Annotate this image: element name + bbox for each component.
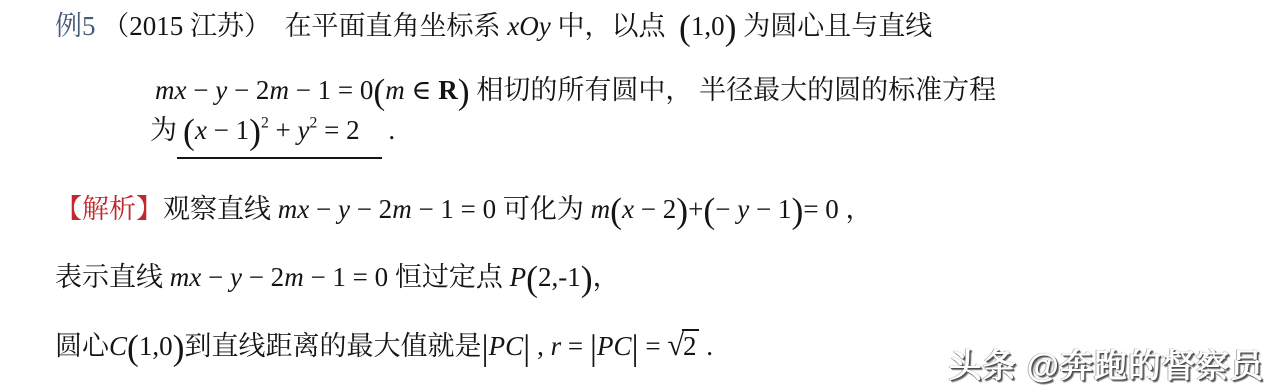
analysis-text: 到直线距离的最大值就是 [185, 331, 482, 361]
reals-symbol: R [438, 75, 458, 105]
analysis-line-2: 表示直线 mx − y − 2m − 1 = 0 恒过定点 P(2,-1)， [55, 259, 620, 297]
analysis-text: 表示直线 [55, 262, 170, 292]
right-paren: ) [249, 111, 261, 151]
math-var: r [551, 331, 562, 361]
problem-line-2: mx − y − 2m − 1 = 0(m ∈ R) 相切的所有圆中， 半径最大… [155, 72, 996, 110]
math-op: − 2 [227, 75, 269, 105]
analysis-label: 【解析】 [55, 194, 163, 224]
answer-blank: (x − 1)2 + y2 = 2 [177, 112, 382, 159]
math-op: − 2 [242, 262, 284, 292]
math-var: y [230, 262, 242, 292]
right-paren: ) [676, 190, 688, 230]
math-op: + [269, 115, 298, 145]
answer-prefix: 为 [150, 115, 177, 145]
abs-bar: | [631, 327, 638, 367]
math-op: − 1 = 0 [289, 75, 373, 105]
point-name: C [109, 331, 127, 361]
math-var: m [591, 194, 611, 224]
math-var: y [737, 194, 749, 224]
math-var: x [622, 194, 634, 224]
left-paren: ( [610, 190, 622, 230]
exponent: 2 [261, 114, 269, 131]
math-var: y [215, 75, 227, 105]
problem-text: 中，以点 [551, 11, 679, 41]
math-op: − [201, 262, 230, 292]
problem-text: 为圆心且与直线 [736, 11, 932, 41]
left-paren: ( [526, 258, 538, 298]
math-var: y [338, 194, 350, 224]
segment-name: PC [597, 331, 632, 361]
example-number: 例5 [55, 11, 96, 41]
analysis-text: 恒过定点 [395, 262, 510, 292]
analysis-line-1: 【解析】观察直线 mx − y − 2m − 1 = 0 可化为 m(x − 2… [55, 191, 873, 229]
math-op: − 2 [634, 194, 676, 224]
math-op: − 2 [350, 194, 392, 224]
math-var: x [195, 115, 207, 145]
analysis-line-3: 圆心C(1,0)到直线距离的最大值就是|PC| , r = |PC| = √2 … [55, 325, 713, 366]
left-paren: ( [703, 190, 715, 230]
math-var: m [269, 75, 289, 105]
problem-line-1: 例5 （2015 江苏） 在平面直角坐标系 xOy 中，以点 (1,0) 为圆心… [55, 8, 932, 46]
comma: ， [593, 262, 620, 292]
period: . [382, 115, 396, 145]
math-op: = [639, 331, 668, 361]
watermark-badge: 头条 @奔跑的督察员 [949, 340, 1264, 387]
math-op: + [688, 194, 703, 224]
right-paren: ) [458, 71, 470, 111]
math-xoy: xOy [507, 11, 550, 41]
math-var: mx [170, 262, 201, 292]
segment-name: PC [489, 331, 524, 361]
problem-text: 相切的所有圆中， 半径最大的圆的标准方程 [470, 75, 997, 105]
sqrt-2: √2 [667, 325, 699, 366]
radicand: 2 [682, 329, 700, 362]
math-op: − [715, 194, 737, 224]
left-paren: ( [679, 7, 691, 47]
right-paren: ) [581, 258, 593, 298]
analysis-text: 观察直线 [163, 194, 278, 224]
analysis-text: 可化为 [503, 194, 591, 224]
math-var: m [385, 75, 405, 105]
math-op: − 1 [207, 115, 249, 145]
math-var: m [284, 262, 304, 292]
point-name: P [510, 262, 527, 292]
math-op: = 2 [317, 115, 359, 145]
problem-answer-line: 为(x − 1)2 + y2 = 2 . [150, 112, 395, 159]
abs-bar: | [482, 327, 489, 367]
math-var: y [298, 115, 310, 145]
math-op: − [186, 75, 215, 105]
right-paren: ) [725, 7, 737, 47]
element-of: ∈ [405, 75, 439, 105]
point-coords: 2,-1 [538, 262, 581, 292]
math-var: mx [278, 194, 309, 224]
left-paren: ( [127, 327, 139, 367]
right-paren: ) [173, 327, 185, 367]
right-paren: ) [791, 190, 803, 230]
math-op: − 1 [749, 194, 791, 224]
math-op: − 1 = 0 [412, 194, 503, 224]
comma: , [530, 331, 550, 361]
math-op: = 0 [803, 194, 838, 224]
point-coords: 1,0 [139, 331, 173, 361]
exam-source: （2015 江苏） [102, 11, 271, 41]
math-op: = [561, 331, 590, 361]
period: . [699, 331, 713, 361]
left-paren: ( [373, 71, 385, 111]
math-var: mx [155, 75, 186, 105]
problem-text: 在平面直角坐标系 [271, 11, 507, 41]
abs-bar: | [590, 327, 597, 367]
math-var: m [392, 194, 412, 224]
math-document: 例5 （2015 江苏） 在平面直角坐标系 xOy 中，以点 (1,0) 为圆心… [0, 0, 1278, 391]
comma: ， [839, 194, 873, 224]
point-coords: 1,0 [691, 11, 725, 41]
analysis-text: 圆心 [55, 331, 109, 361]
math-op: − [309, 194, 338, 224]
math-op: − 1 = 0 [304, 262, 395, 292]
left-paren: ( [183, 111, 195, 151]
